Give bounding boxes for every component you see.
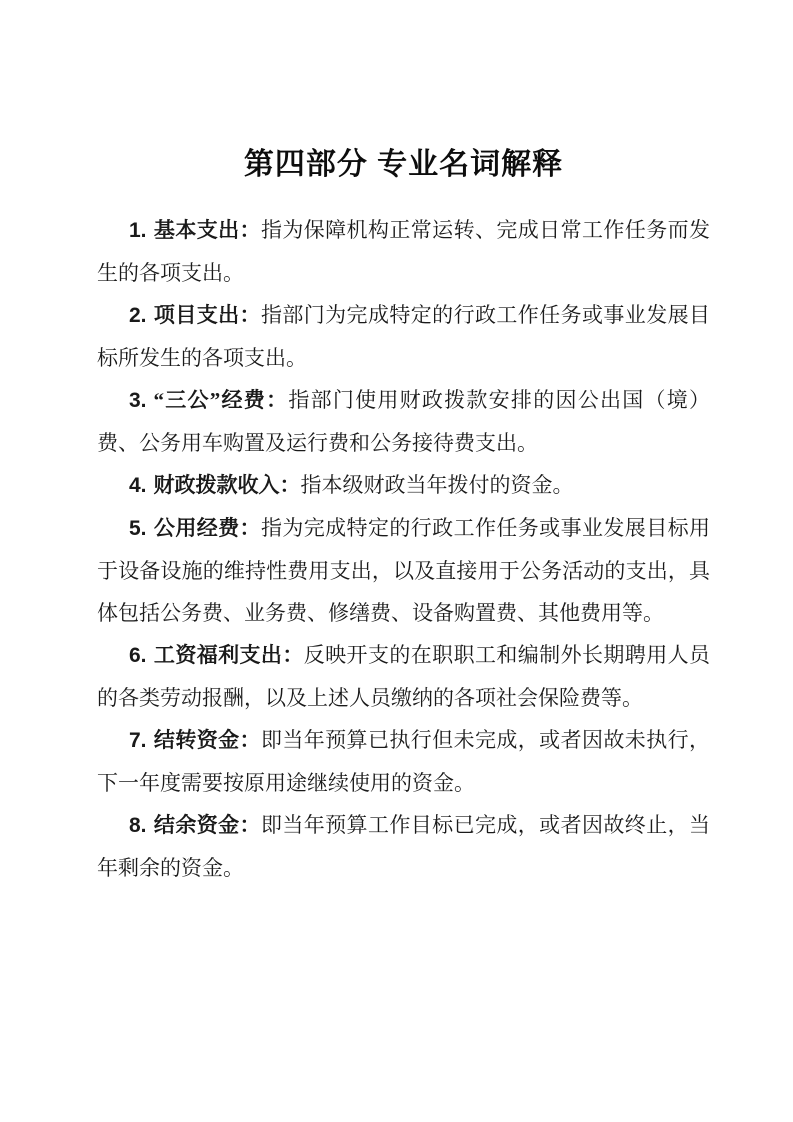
item-number: 8.	[129, 814, 147, 837]
item-number: 7.	[129, 729, 147, 752]
item-number: 4.	[129, 474, 147, 497]
item-number: 1.	[129, 219, 147, 242]
item-definition: 指本级财政当年拨付的资金。	[301, 473, 574, 497]
definition-item-2: 2.项目支出：指部门为完成特定的行政工作任务或事业发展目标所发生的各项支出。	[97, 294, 710, 379]
document-page: 第四部分 专业名词解释 1.基本支出：指为保障机构正常运转、完成日常工作任务而发…	[0, 0, 793, 1122]
item-term: 结余资金：	[154, 813, 261, 837]
item-number: 2.	[129, 304, 147, 327]
item-term: 工资福利支出：	[154, 643, 304, 667]
item-number: 3.	[129, 389, 147, 412]
item-term: 财政拨款收入：	[154, 473, 301, 497]
definition-item-3: 3.“三公”经费：指部门使用财政拨款安排的因公出国（境）费、公务用车购置及运行费…	[97, 379, 710, 464]
item-number: 5.	[129, 517, 147, 540]
item-term: 项目支出：	[154, 303, 261, 327]
definition-item-1: 1.基本支出：指为保障机构正常运转、完成日常工作任务而发生的各项支出。	[97, 209, 710, 294]
definition-item-4: 4.财政拨款收入：指本级财政当年拨付的资金。	[97, 464, 710, 507]
item-term: 基本支出：	[154, 218, 261, 242]
document-body: { "page": { "background_color": "#ffffff…	[0, 0, 793, 1122]
item-term: “三公”经费：	[154, 388, 289, 412]
definition-item-8: 8.结余资金：即当年预算工作目标已完成，或者因故终止，当年剩余的资金。	[97, 804, 710, 889]
item-number: 6.	[129, 644, 147, 667]
definition-item-7: 7.结转资金：即当年预算已执行但未完成，或者因故未执行，下一年度需要按原用途继续…	[97, 719, 710, 804]
page-title: 第四部分 专业名词解释	[97, 145, 710, 185]
item-term: 公用经费：	[154, 516, 261, 540]
item-term: 结转资金：	[154, 728, 261, 752]
definition-item-5: 5.公用经费：指为完成特定的行政工作任务或事业发展目标用于设备设施的维持性费用支…	[97, 507, 710, 634]
definition-item-6: 6.工资福利支出：反映开支的在职职工和编制外长期聘用人员的各类劳动报酬，以及上述…	[97, 634, 710, 719]
